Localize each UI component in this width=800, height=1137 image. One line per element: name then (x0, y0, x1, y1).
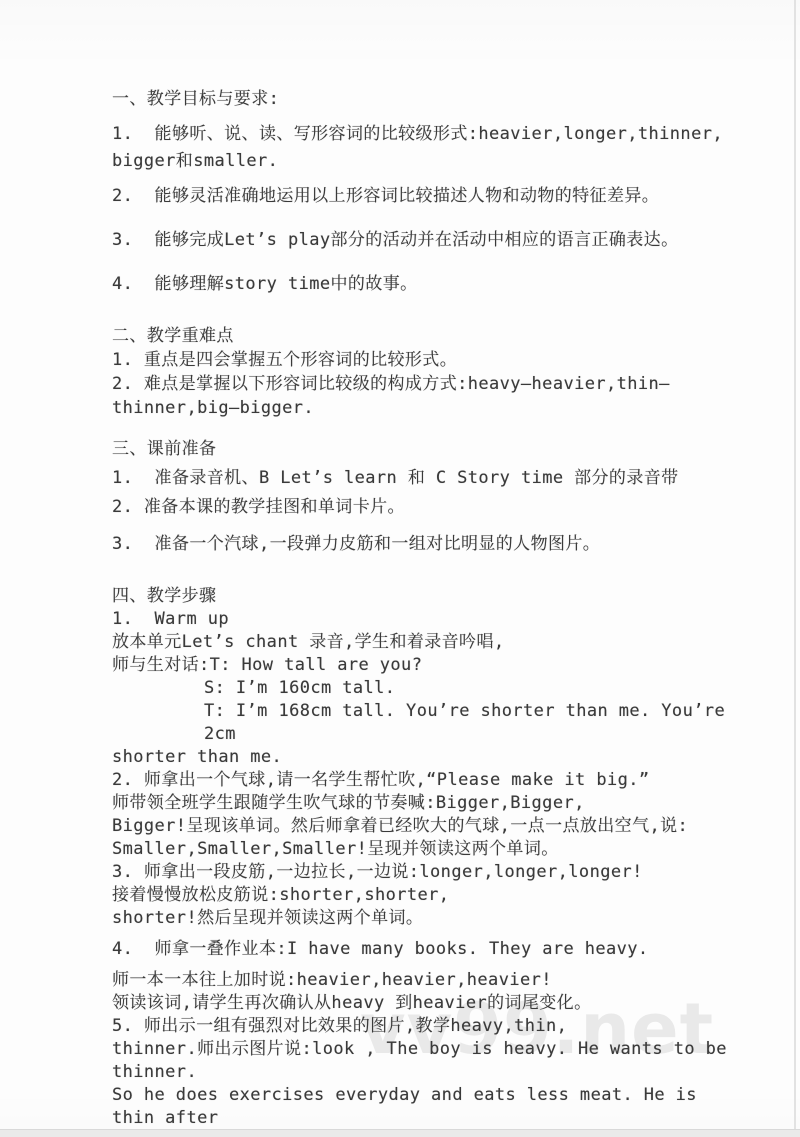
text-line: shorter!然后呈现并领读这两个单词。 (112, 907, 742, 930)
page-edge-right (794, 0, 796, 1137)
text-line: 3. 师拿出一段皮筋,一边拉长,一边说:longer,longer,longer… (112, 861, 742, 884)
text-line: 1. 能够听、说、读、写形容词的比较级形式:heavier,longer,thi… (112, 121, 742, 148)
section-2: 二、教学重难点1. 重点是四会掌握五个形容词的比较形式。2. 难点是掌握以下形容… (112, 324, 742, 420)
text-line: shorter than me. (112, 746, 742, 769)
section-heading: 四、教学步骤 (112, 585, 742, 608)
text-line: Smaller,Smaller,Smaller!呈现并领读这两个单词。 (112, 838, 742, 861)
text-line: 3. 准备一个汽球,一段弹力皮筋和一组对比明显的人物图片。 (112, 530, 742, 559)
text-line: S: I’m 160cm tall. (204, 677, 742, 700)
text-line: thinner,big—bigger. (112, 396, 742, 420)
document-content: 一、教学目标与要求:1. 能够听、说、读、写形容词的比较级形式:heavier,… (112, 86, 742, 1130)
text-line: T: I’m 168cm tall. You’re shorter than m… (204, 700, 742, 746)
text-line: 2. 师拿出一个气球,请一名学生帮忙吹,“Please make it big.… (112, 769, 742, 792)
section-3: 三、课前准备1. 准备录音机、B Let’s learn 和 C Story t… (112, 435, 742, 559)
text-line: 师与生对话:T: How tall are you? (112, 654, 742, 677)
text-line: 2. 准备本课的教学挂图和单词卡片。 (112, 493, 742, 522)
text-line: 1. 重点是四会掌握五个形容词的比较形式。 (112, 348, 742, 372)
text-line: 4. 能够理解story time中的故事。 (112, 271, 742, 298)
text-line: 4. 师拿一叠作业本:I have many books. They are h… (112, 938, 742, 961)
text-line: 1. Warm up (112, 608, 742, 631)
text-line: bigger和smaller. (112, 148, 742, 175)
text-line: 2. 能够灵活准确地运用以上形容词比较描述人物和动物的特征差异。 (112, 183, 742, 210)
document-page: vv99.net 一、教学目标与要求:1. 能够听、说、读、写形容词的比较级形式… (0, 0, 800, 1137)
section-heading: 三、课前准备 (112, 435, 742, 464)
text-line: 领读该词,请学生再次确认从heavy 到heavier的词尾变化。 (112, 992, 742, 1015)
page-edge-bottom (0, 1129, 800, 1137)
text-line: thinner.师出示图片说:look , The boy is heavy. … (112, 1038, 742, 1084)
section-4: 四、教学步骤1. Warm up放本单元Let’s chant 录音,学生和着录… (112, 585, 742, 1130)
text-line: 师带领全班学生跟随学生吹气球的节奏喊:Bigger,Bigger, (112, 792, 742, 815)
section-heading: 一、教学目标与要求: (112, 86, 742, 113)
section-1: 一、教学目标与要求:1. 能够听、说、读、写形容词的比较级形式:heavier,… (112, 86, 742, 298)
text-line: 放本单元Let’s chant 录音,学生和着录音吟唱, (112, 631, 742, 654)
text-line: 5. 师出示一组有强烈对比效果的图片,教学heavy,thin, (112, 1015, 742, 1038)
text-line: 接着慢慢放松皮筋说:shorter,shorter, (112, 884, 742, 907)
section-heading: 二、教学重难点 (112, 324, 742, 348)
text-line: 2. 难点是掌握以下形容词比较级的构成方式:heavy—heavier,thin… (112, 372, 742, 396)
text-line: 3. 能够完成Let’s play部分的活动并在活动中相应的语言正确表达。 (112, 227, 742, 254)
text-line: Bigger!呈现该单词。然后师拿着已经吹大的气球,一点一点放出空气,说: (112, 815, 742, 838)
text-line: 师一本一本往上加时说:heavier,heavier,heavier! (112, 969, 742, 992)
text-line: So he does exercises everyday and eats l… (112, 1084, 742, 1130)
text-line: 1. 准备录音机、B Let’s learn 和 C Story time 部分… (112, 464, 742, 493)
